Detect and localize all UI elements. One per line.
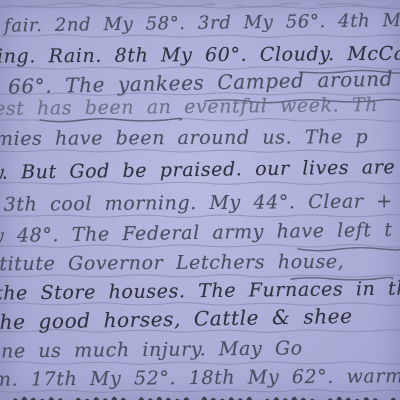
manuscript-page: fair. 2nd My 58°. 3rd My 56°. 4th My 54°…: [0, 0, 400, 400]
manuscript-line: m. 17th My 52°. 18th My 62°. warm: [0, 365, 400, 391]
manuscript-line: the good horses, Cattle & shee: [0, 304, 353, 334]
manuscript-text: fair. 2nd My 58°. 3rd My 56°. 4th My 54°…: [0, 0, 400, 400]
manuscript-line: est has been an eventful week. Th: [0, 94, 378, 120]
manuscript-line: one us much injury. May Go: [0, 337, 303, 362]
manuscript-line: 13th cool morning. My 44°. Clear + c: [0, 190, 400, 216]
manuscript-line: fair. 2nd My 58°. 3rd My 56°. 4th My 54°…: [4, 8, 400, 36]
manuscript-line: y 48°. The Federal army have left t: [0, 219, 393, 247]
manuscript-line: stitute Governor Letchers house,: [0, 251, 344, 275]
manuscript-line: ing. Rain. 8th My 60°. Cloudy. McCausli: [0, 42, 400, 67]
manuscript-line: the Store houses. The Furnaces in the: [0, 277, 400, 304]
manuscript-line: y. But God be praised. our lives are: [0, 156, 395, 184]
manuscript-line: mies have been around us. The p: [0, 126, 368, 150]
